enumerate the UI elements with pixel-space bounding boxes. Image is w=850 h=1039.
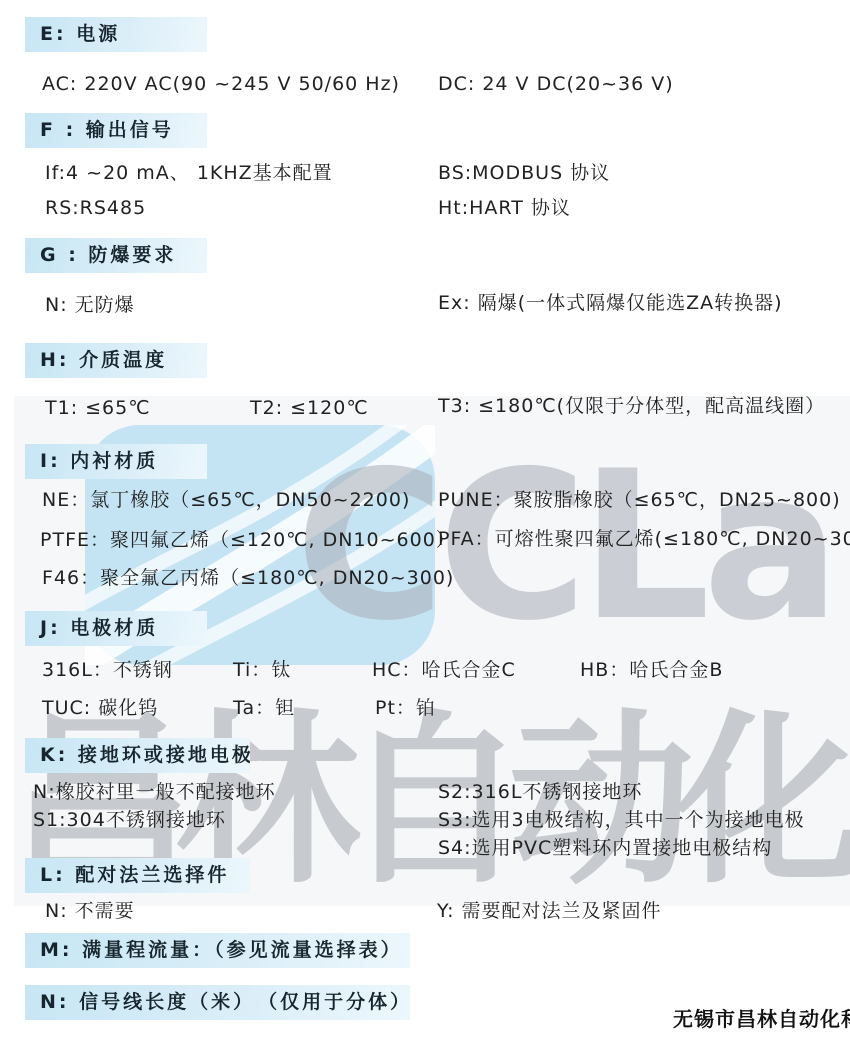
- footer-company-name: 无锡市昌林自动化科技: [673, 1003, 850, 1032]
- item-e-ac: AC: 220V AC(90 ~245 V 50/60 Hz): [42, 72, 400, 96]
- item-h-t1: T1: ≤65℃: [45, 396, 151, 420]
- item-f-bs: BS:MODBUS 协议: [438, 161, 610, 185]
- item-k-s2: S2:316L不锈钢接地环: [438, 780, 642, 804]
- item-f-if: If:4 ~20 mA、 1KHZ基本配置: [45, 161, 333, 185]
- item-i-f46: F46：聚全氟乙丙烯（≤180℃, DN20~300): [42, 566, 454, 590]
- item-g-ex: Ex: 隔爆(一体式隔爆仅能选ZA转换器): [438, 291, 783, 315]
- item-k-s4: S4:选用PVC塑料环内置接地电极结构: [438, 836, 772, 860]
- item-k-s3: S3:选用3电极结构，其中一个为接地电极: [438, 808, 805, 832]
- item-f-ht: Ht:HART 协议: [438, 196, 571, 220]
- item-j-hb: HB：哈氏合金B: [580, 658, 723, 682]
- section-f-header: F : 输出信号: [25, 113, 207, 148]
- section-l-header: L: 配对法兰选择件: [25, 858, 250, 893]
- section-m-header: M: 满量程流量：（参见流量选择表）: [25, 933, 410, 968]
- item-h-t2: T2: ≤120℃: [250, 396, 369, 420]
- item-j-316l: 316L：不锈钢: [42, 658, 173, 682]
- item-j-hc: HC：哈氏合金C: [372, 658, 516, 682]
- section-h-header: H: 介质温度: [25, 343, 207, 378]
- item-k-n: N:橡胶衬里一般不配接地环: [33, 780, 276, 804]
- item-e-dc: DC: 24 V DC(20~36 V): [438, 72, 674, 96]
- item-i-ptfe: PTFE：聚四氟乙烯（≤120℃, DN10~600）: [40, 528, 456, 552]
- item-l-n: N: 不需要: [45, 899, 135, 923]
- item-j-tuc: TUC: 碳化钨: [42, 696, 158, 720]
- item-i-pune: PUNE：聚胺脂橡胶（≤65℃，DN25~800): [438, 488, 841, 512]
- section-g-header: G : 防爆要求: [25, 238, 207, 273]
- item-l-y: Y: 需要配对法兰及紧固件: [437, 899, 662, 923]
- item-j-ta: Ta：钽: [233, 696, 295, 720]
- section-j-header: J: 电极材质: [25, 611, 207, 646]
- item-g-n: N: 无防爆: [45, 293, 135, 317]
- item-k-s1: S1:304不锈钢接地环: [33, 808, 226, 832]
- section-n-header: N: 信号线长度（米） （仅用于分体）: [25, 985, 410, 1020]
- item-j-pt: Pt：铂: [375, 696, 436, 720]
- section-k-header: K: 接地环或接地电极: [25, 738, 250, 773]
- item-i-ne: NE：氯丁橡胶（≤65℃，DN50~2200): [42, 488, 410, 512]
- section-i-header: I: 内衬材质: [25, 444, 207, 479]
- item-i-pfa: PFA：可熔性聚四氟乙烯(≤180℃, DN20~300）: [438, 527, 850, 551]
- section-e-header: E: 电源: [25, 17, 207, 52]
- item-h-t3: T3: ≤180℃(仅限于分体型，配高温线圈）: [438, 394, 825, 418]
- item-j-ti: Ti：钛: [233, 658, 291, 682]
- item-f-rs: RS:RS485: [45, 196, 146, 220]
